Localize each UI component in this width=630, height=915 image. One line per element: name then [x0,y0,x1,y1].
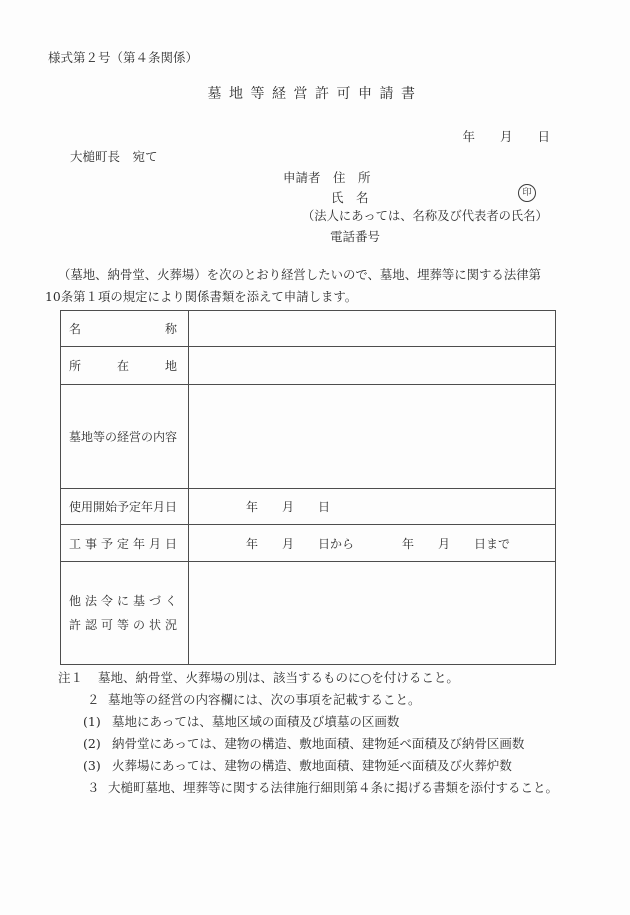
note-text: 大槌町墓地、埋葬等に関する法律施行細則第４条に掲げる書類を添付すること。 [108,777,630,799]
row-label-other-permits-line2: 許認可等の状況 [69,613,180,637]
row-value-management-detail [189,385,555,488]
note-text: 墓地等の経営の内容欄には、次の事項を記載すること。 [108,689,630,711]
table-row-management-detail: 墓地等の経営の内容 [61,384,555,488]
note-item-2-3: (3) 火葬場にあっては、建物の構造、敷地面積、建物延べ面積及び火葬炉数 [0,755,630,777]
table-row-other-permits: 他法令に基づく 許認可等の状況 [61,561,555,664]
row-label-management-detail: 墓地等の経営の内容 [61,385,189,488]
row-value-start-date: 年 月 日 [189,489,555,524]
note-text: 火葬場にあっては、建物の構造、敷地面積、建物延べ面積及び火葬炉数 [112,755,630,777]
note-item-2-1: (1) 墓地にあっては、墓地区域の面積及び墳墓の区画数 [0,711,630,733]
document-title: 墓地等経営許可申請書 [0,86,630,103]
row-label-name: 名 称 [61,311,189,346]
note-item-3: ３ 大槌町墓地、埋葬等に関する法律施行細則第４条に掲げる書類を添付すること。 [0,777,630,799]
row-label-other-permits: 他法令に基づく 許認可等の状況 [61,562,189,664]
body-line-2: 10条第１項の規定により関係書類を添えて申請します。 [45,290,357,305]
note-number: ２ [87,689,108,711]
addressee: 大槌町長 宛て [70,149,158,164]
body-line-1: （墓地、納骨堂、火葬場）を次のとおり経営したいので、墓地、埋葬等に関する法律第 [58,268,541,283]
document-page: 様式第２号（第４条関係） 墓地等経営許可申請書 年 月 日 大槌町長 宛て 申請… [0,0,630,915]
row-label-construction-date: 工事予定年月日 [61,525,189,561]
table-row-start-date: 使用開始予定年月日 年 月 日 [61,488,555,524]
applicant-name-row: 氏 名 [331,190,369,205]
note-number: ３ [87,777,108,799]
application-table: 名 称 所 在 地 墓地等の経営の内容 使用開始予定年月日 年 月 日 工事予定… [60,310,556,665]
note-number: 注１ [58,667,98,689]
table-row-name: 名 称 [61,311,555,346]
row-value-location [189,347,555,384]
row-value-construction-date: 年 月 日から 年 月 日まで [189,525,555,561]
form-number: 様式第２号（第４条関係） [48,50,198,65]
note-text: 納骨堂にあっては、建物の構造、敷地面積、建物延べ面積及び納骨区画数 [112,733,630,755]
note-number: (2) [83,733,112,755]
note-text: 墓地にあっては、墓地区域の面積及び墳墓の区画数 [112,711,630,733]
table-row-location: 所 在 地 [61,346,555,384]
note-item-2-2: (2) 納骨堂にあっては、建物の構造、敷地面積、建物延べ面積及び納骨区画数 [0,733,630,755]
date-line: 年 月 日 [462,129,550,144]
note-item-1: 注１ 墓地、納骨堂、火葬場の別は、該当するものに○を付けること。 [0,667,630,689]
notes-section: 注１ 墓地、納骨堂、火葬場の別は、該当するものに○を付けること。 ２ 墓地等の経… [0,667,630,799]
seal-icon: 印 [518,184,536,202]
row-value-name [189,311,555,346]
phone-row: 電話番号 [330,229,380,244]
note-number: (3) [83,755,112,777]
table-row-construction-date: 工事予定年月日 年 月 日から 年 月 日まで [61,524,555,561]
row-label-other-permits-line1: 他法令に基づく [69,589,180,613]
corporate-note: （法人にあっては、名称及び代表者の氏名） [302,209,548,224]
note-text: 墓地、納骨堂、火葬場の別は、該当するものに○を付けること。 [98,667,630,689]
note-number: (1) [83,711,112,733]
applicant-address-row: 申請者 住 所 [283,170,371,185]
row-value-other-permits [189,562,555,664]
row-label-location: 所 在 地 [61,347,189,384]
row-label-start-date: 使用開始予定年月日 [61,489,189,524]
note-item-2: ２ 墓地等の経営の内容欄には、次の事項を記載すること。 [0,689,630,711]
